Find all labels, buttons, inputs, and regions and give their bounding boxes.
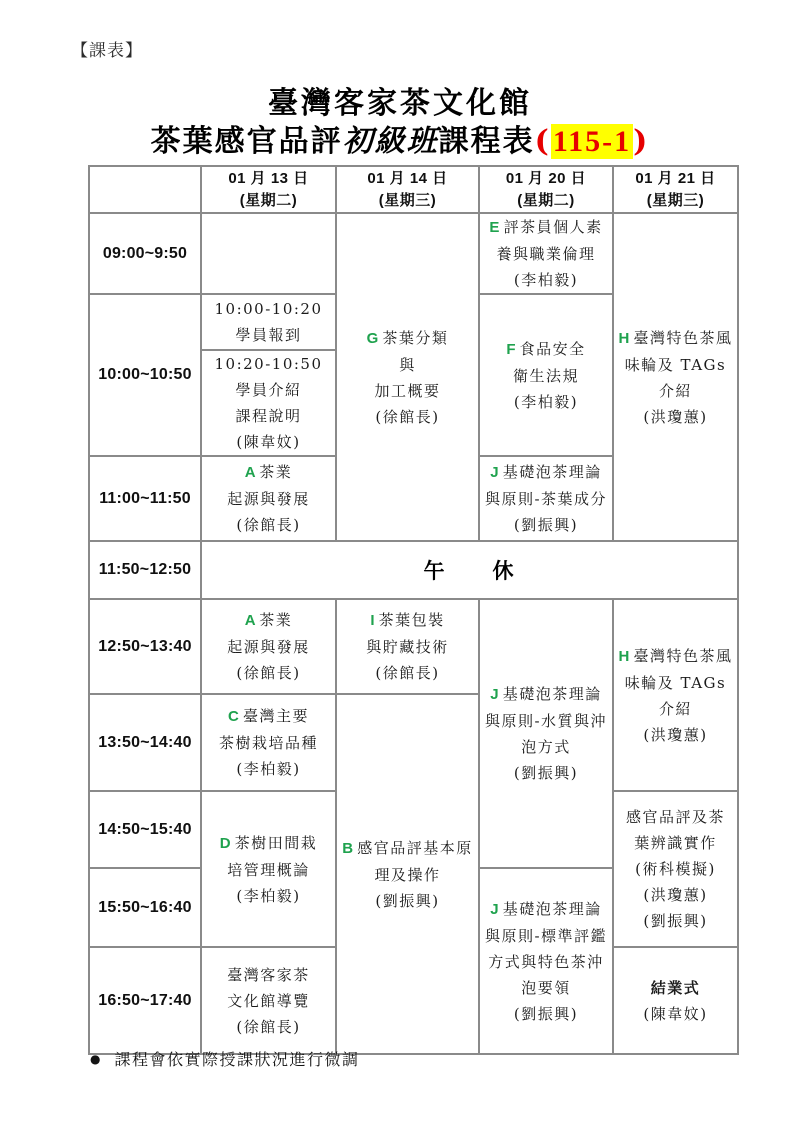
lunch-break-cell: 午 休 [201,541,738,599]
cell-d21-flavor-wheel-afternoon: H 臺灣特色茶風味輪及 TAGs介紹(洪瓊蕙) [613,599,738,791]
cell-line: (劉振興) [482,1001,610,1027]
cell-line: 泡方式 [482,734,610,760]
cell-d13-registration: 10:00-10:20學員報到 [201,294,336,350]
time-slot-1650: 16:50~17:40 [89,947,201,1054]
cell-line: C 臺灣主要 [204,703,333,730]
header-weekday: (星期二) [482,190,610,212]
cell-line: 介紹 [616,696,735,722]
cell-d14-tea-classification: G 茶葉分類與加工概要(徐館長) [336,213,479,541]
cell-d20-brewing-theory-components: J 基礎泡茶理論與原則-茶葉成分(劉振興) [479,456,613,541]
time-slot-1350: 13:50~14:40 [89,694,201,791]
bullet-icon: ● [90,1052,100,1066]
cell-line: 衛生法規 [482,363,610,389]
cell-line: J 基礎泡茶理論 [482,459,610,486]
subtitle-paren-close: ) [633,124,649,159]
footnote: ●課程會依實際授課狀況進行微調 [90,1047,360,1070]
header-row: 01 月 13 日 (星期二) 01 月 14 日 (星期三) 01 月 20 … [89,166,738,213]
cell-line: (李柏毅) [482,389,610,415]
cell-line: (術科模擬) [616,856,735,882]
cell-line: B 感官品評基本原 [339,835,476,862]
cell-line: 課程說明 [204,403,333,429]
row-1250: 12:50~13:40 A 茶業起源與發展(徐館長) I 茶葉包裝與貯藏技術(徐… [89,599,738,694]
cell-line: (劉振興) [339,888,476,914]
cell-line: E 評茶員個人素 [482,214,610,241]
cell-line: 與貯藏技術 [339,634,476,660]
cell-line: 方式與特色茶沖 [482,949,610,975]
column-header-jan13: 01 月 13 日 (星期二) [201,166,336,213]
cell-line: 介紹 [616,378,735,404]
cell-d20-food-safety: F 食品安全衛生法規(李柏毅) [479,294,613,456]
cell-line: 與 [339,352,476,378]
cell-line: (洪瓊蕙) [616,722,735,748]
corner-label: 【課表】 [71,36,143,61]
cell-line: 葉辨識實作 [616,830,735,856]
cell-d21-closing-ceremony: 結業式(陳韋妏) [613,947,738,1054]
cell-line: (洪瓊蕙) [616,882,735,908]
course-code-letter: H [618,330,633,347]
header-date: 01 月 21 日 [616,168,735,190]
cell-line: 學員介紹 [204,377,333,403]
cell-empty-d13-0900 [201,213,336,294]
course-code-letter: J [490,901,503,918]
row-0900: 09:00~9:50 G 茶葉分類與加工概要(徐館長) E 評茶員個人素養與職業… [89,213,738,294]
cell-line: F 食品安全 [482,336,610,363]
subtitle-paren-open: ( [535,124,551,159]
cell-line: 與原則-水質與沖 [482,708,610,734]
cell-line: (陳韋妏) [204,429,333,455]
subtitle-post: 課程表 [439,124,535,159]
cell-d13-tea-cultivars: C 臺灣主要茶樹栽培品種(李柏毅) [201,694,336,791]
cell-line: (徐館長) [339,404,476,430]
row-lunch: 11:50~12:50 午 休 [89,541,738,599]
course-code-letter: F [506,341,519,358]
cell-line: (李柏毅) [204,883,333,909]
time-slot-1450: 14:50~15:40 [89,791,201,868]
cell-d21-practical-evaluation: 感官品評及茶葉辨識實作(術科模擬)(洪瓊蕙)(劉振興) [613,791,738,947]
cell-line: (劉振興) [482,760,610,786]
column-header-jan20: 01 月 20 日 (星期二) [479,166,613,213]
header-date: 01 月 13 日 [204,168,333,190]
cell-line: (徐館長) [339,660,476,686]
cell-line: (李柏毅) [482,267,610,293]
course-code-letter: A [245,612,259,629]
cell-d13-tea-origin-morning: A 茶業起源與發展(徐館長) [201,456,336,541]
cell-line: (徐館長) [204,512,333,538]
cell-d20-taster-ethics: E 評茶員個人素養與職業倫理(李柏毅) [479,213,613,294]
cell-d13-intro: 10:20-10:50學員介紹課程說明(陳韋妏) [201,350,336,456]
cell-line: 臺灣客家茶 [204,962,333,988]
column-header-jan14: 01 月 14 日 (星期三) [336,166,479,213]
time-slot-1000: 10:00~10:50 [89,294,201,456]
cell-line: 文化館導覽 [204,988,333,1014]
cell-d14-sensory-evaluation-basics: B 感官品評基本原理及操作(劉振興) [336,694,479,1054]
cell-line: 與原則-茶葉成分 [482,486,610,512]
cell-line: 10:00-10:20 [204,296,333,322]
course-code-letter: D [220,835,235,852]
cell-line: J 基礎泡茶理論 [482,681,610,708]
time-slot-0900: 09:00~9:50 [89,213,201,294]
cell-line: D 茶樹田間栽 [204,830,333,857]
cell-line: 10:20-10:50 [204,351,333,377]
cell-line: A 茶業 [204,459,333,486]
cell-line: (劉振興) [616,908,735,934]
cell-line: J 基礎泡茶理論 [482,896,610,923]
cell-line: 味輪及 TAGs [616,352,735,378]
course-code-letter: J [490,686,503,703]
cell-line: 加工概要 [339,378,476,404]
cell-line: 與原則-標準評鑑 [482,923,610,949]
cell-line: 味輪及 TAGs [616,670,735,696]
course-code-letter: I [370,612,378,629]
corner-header-cell [89,166,201,213]
cell-line: 培管理概論 [204,857,333,883]
cell-d13-field-management: D 茶樹田間栽培管理概論(李柏毅) [201,791,336,947]
time-slot-1150: 11:50~12:50 [89,541,201,599]
cell-d20-brewing-theory-water: J 基礎泡茶理論與原則-水質與沖泡方式(劉振興) [479,599,613,868]
cell-line: G 茶葉分類 [339,325,476,352]
header-date: 01 月 20 日 [482,168,610,190]
cell-line: 茶樹栽培品種 [204,730,333,756]
header-date: 01 月 14 日 [339,168,476,190]
cell-line: (陳韋妏) [616,1001,735,1027]
subtitle-pre: 茶葉感官品評 [151,124,343,159]
cell-line: (李柏毅) [204,756,333,782]
cell-line: 結業式 [616,975,735,1001]
cell-line: 起源與發展 [204,486,333,512]
cell-d14-tea-packaging: I 茶葉包裝與貯藏技術(徐館長) [336,599,479,694]
cell-line: H 臺灣特色茶風 [616,643,735,670]
header-weekday: (星期三) [616,190,735,212]
course-code-letter: A [245,464,259,481]
course-code-letter: J [490,464,503,481]
cell-line: (洪瓊蕙) [616,404,735,430]
cell-d13-museum-tour: 臺灣客家茶文化館導覽(徐館長) [201,947,336,1054]
cell-line: H 臺灣特色茶風 [616,325,735,352]
cell-line: 養與職業倫理 [482,241,610,267]
cell-d20-brewing-theory-standards: J 基礎泡茶理論與原則-標準評鑑方式與特色茶沖泡要領(劉振興) [479,868,613,1054]
course-code-letter: C [228,708,243,725]
column-header-jan21: 01 月 21 日 (星期三) [613,166,738,213]
course-code-letter: B [342,840,357,857]
footnote-text: 課程會依實際授課狀況進行微調 [114,1050,359,1069]
cell-line: 感官品評及茶 [616,804,735,830]
document-page: 【課表】 臺灣客家茶文化館 茶葉感官品評初級班課程表(115-1) 01 月 1… [0,0,800,1132]
course-schedule-table: 01 月 13 日 (星期二) 01 月 14 日 (星期三) 01 月 20 … [88,165,739,1055]
document-subtitle: 茶葉感官品評初級班課程表(115-1) [0,116,800,160]
cell-line: 泡要領 [482,975,610,1001]
cell-d21-flavor-wheel-morning: H 臺灣特色茶風味輪及 TAGs介紹(洪瓊蕙) [613,213,738,541]
cell-line: 理及操作 [339,862,476,888]
cell-line: (徐館長) [204,660,333,686]
course-code-letter: E [489,219,503,236]
time-slot-1550: 15:50~16:40 [89,868,201,947]
course-code-letter: H [618,648,633,665]
cell-line: 起源與發展 [204,634,333,660]
cell-line: A 茶業 [204,607,333,634]
course-code-letter: G [367,330,383,347]
time-slot-1250: 12:50~13:40 [89,599,201,694]
time-slot-1100: 11:00~11:50 [89,456,201,541]
header-weekday: (星期三) [339,190,476,212]
cell-line: (徐館長) [204,1014,333,1040]
cell-line: 學員報到 [204,322,333,348]
cell-d13-tea-origin-afternoon: A 茶業起源與發展(徐館長) [201,599,336,694]
cell-line: (劉振興) [482,512,610,538]
term-code-highlight: 115-1 [551,124,633,159]
cell-line: I 茶葉包裝 [339,607,476,634]
subtitle-level-italic: 初級班 [343,124,439,159]
header-weekday: (星期二) [204,190,333,212]
